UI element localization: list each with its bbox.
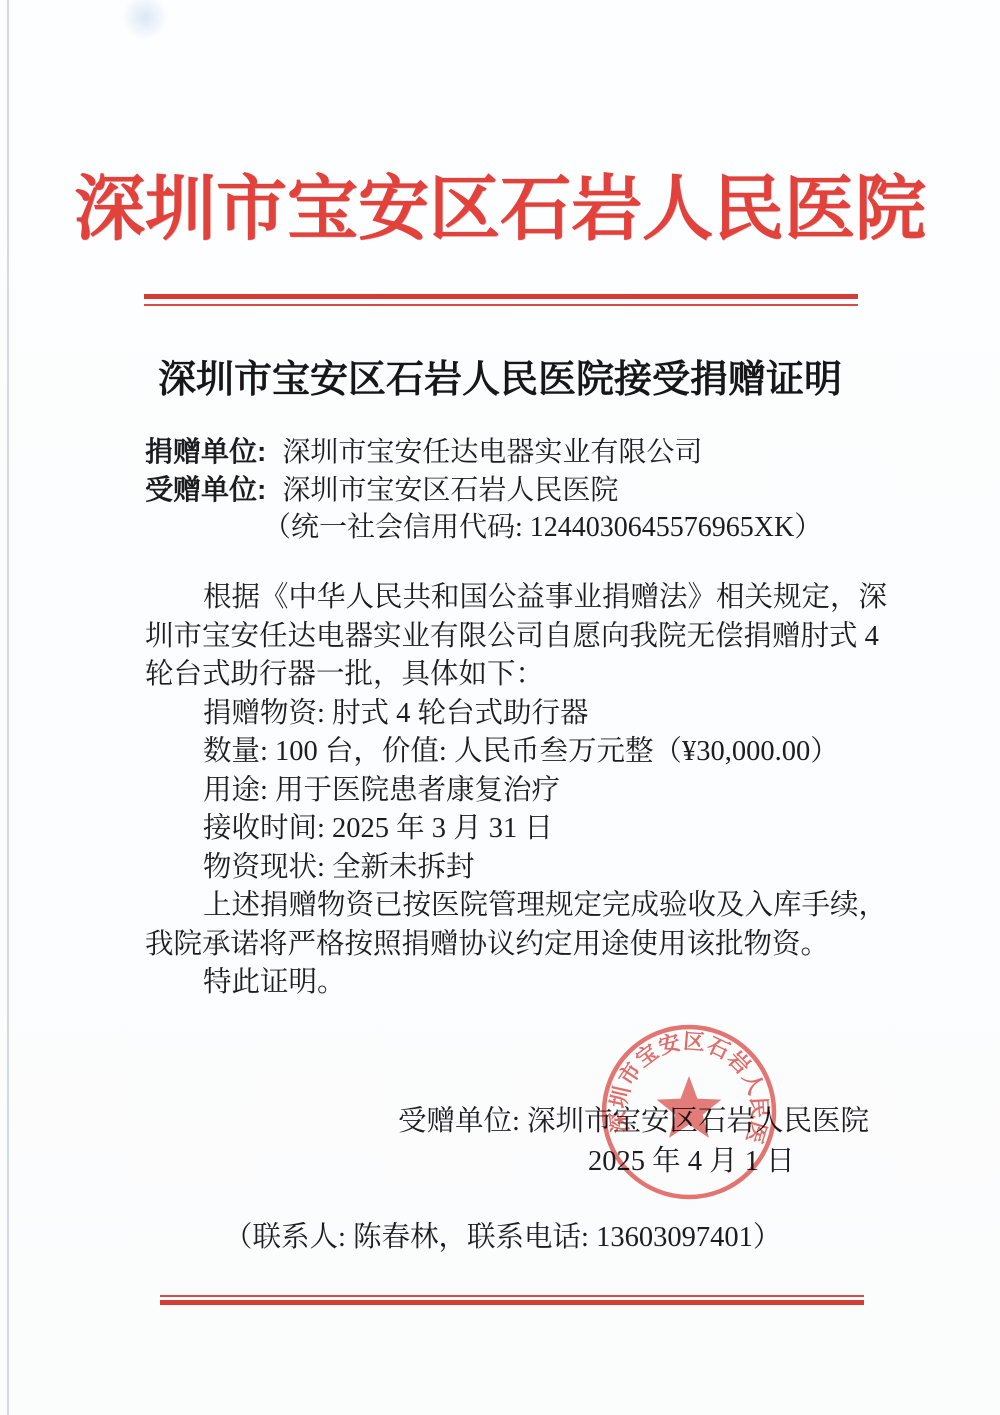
- body-line: 用途: 用于医院患者康复治疗: [145, 772, 905, 811]
- contact-line: （联系人: 陈春林，联系电话: 13603097401）: [224, 1214, 781, 1255]
- letterhead-divider: [144, 294, 858, 306]
- body-line: 数量: 100 台，价值: 人民币叁万元整（¥30,000.00）: [145, 733, 905, 772]
- document-title: 深圳市宝安区石岩人民医院接受捐赠证明: [0, 348, 1000, 403]
- recipient-value: 深圳市宝安区石岩人民医院: [282, 475, 618, 506]
- donor-row: 捐赠单位:深圳市宝安任达电器实业有限公司: [145, 433, 865, 471]
- body-line: 特此证明。: [145, 964, 905, 1003]
- recipient-row: 受赠单位:深圳市宝安区石岩人民医院: [145, 471, 865, 509]
- body-line: 根据《中华人民共和国公益事业捐赠法》相关规定，深: [145, 579, 905, 618]
- body-line: 物资现状: 全新未拆封: [145, 849, 905, 888]
- body-line: 我院承诺将严格按照捐赠协议约定用途使用该批物资。: [145, 926, 905, 965]
- body-line: 上述捐赠物资已按医院管理规定完成验收及入库手续，: [145, 887, 905, 926]
- hospital-letterhead-title: 深圳市宝安区石岩人民医院: [0, 152, 1000, 254]
- donor-label: 捐赠单位:: [145, 436, 266, 467]
- body-line: 捐赠物资: 肘式 4 轮台式助行器: [145, 695, 905, 734]
- svg-text:深圳市宝安区石岩人民医院: 深圳市宝安区石岩人民医院: [599, 1022, 771, 1147]
- credit-code-line: （统一社会信用代码: 1244030645576965XK）: [145, 509, 865, 547]
- body-paragraph: 根据《中华人民共和国公益事业捐赠法》相关规定，深 圳市宝安任达电器实业有限公司自…: [145, 579, 905, 1003]
- scanned-document-page: 深圳市宝安区石岩人民医院 深圳市宝安区石岩人民医院接受捐赠证明 捐赠单位:深圳市…: [0, 0, 1000, 1415]
- donor-value: 深圳市宝安任达电器实业有限公司: [282, 437, 702, 468]
- parties-info-block: 捐赠单位:深圳市宝安任达电器实业有限公司 受赠单位:深圳市宝安区石岩人民医院 （…: [145, 433, 865, 547]
- scan-smudge-artifact: [122, 0, 168, 40]
- official-seal: 深圳市宝安区石岩人民医院: [599, 1022, 779, 1202]
- seal-star: [657, 1076, 722, 1138]
- letterhead-divider-thick-line: [144, 294, 858, 299]
- footer-divider-thin-line: [160, 1295, 864, 1297]
- body-line: 圳市宝安任达电器实业有限公司自愿向我院无偿捐赠肘式 4: [145, 618, 905, 657]
- letterhead-divider-thin-line: [144, 304, 858, 306]
- body-line: 轮台式助行器一批，具体如下：: [145, 656, 905, 695]
- body-line: 接收时间: 2025 年 3 月 31 日: [145, 810, 905, 849]
- recipient-label: 受赠单位:: [145, 474, 266, 505]
- seal-ring-text: 深圳市宝安区石岩人民医院: [599, 1022, 771, 1147]
- footer-divider: [160, 1295, 864, 1305]
- footer-divider-thick-line: [160, 1300, 864, 1305]
